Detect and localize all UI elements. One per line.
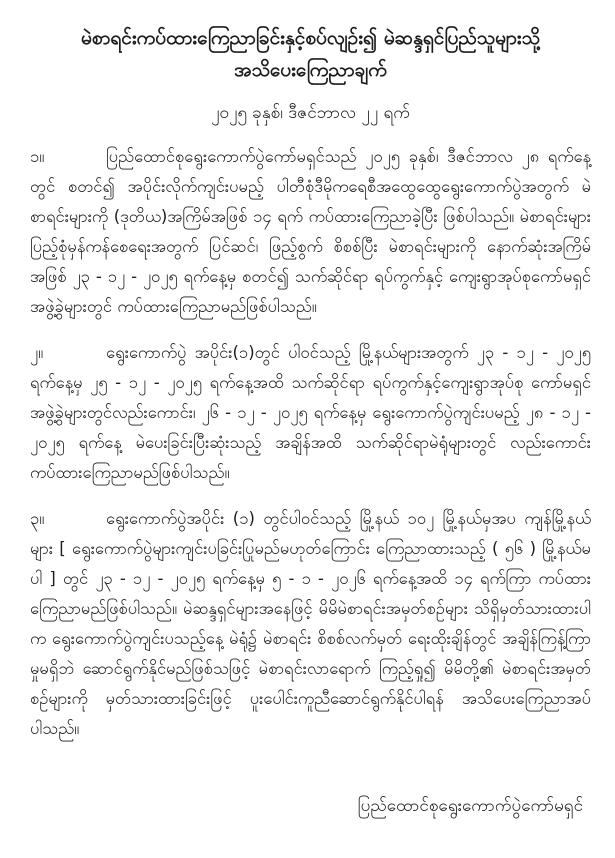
title-line-2: အသိပေးကြေညာချက် bbox=[30, 54, 591, 86]
document-title: မဲစာရင်းကပ်ထားကြေညာခြင်းနှင့်စပ်လျဉ်း၍ မ… bbox=[30, 22, 591, 86]
signature: ပြည်ထောင်စုရွေးကောက်ပွဲကော်မရှင် bbox=[30, 792, 591, 820]
paragraph-3-text: ရွေးကောက်ပွဲအပိုင်း (၁) တွင်ပါဝင်သည့် မြ… bbox=[30, 509, 591, 738]
paragraph-2-text: ရွေးကောက်ပွဲ အပိုင်း(၁)တွင် ပါဝင်သည့် မြ… bbox=[30, 343, 591, 482]
paragraph-1: ၁။ပြည်ထောင်စုရွေးကောက်ပွဲကော်မရှင်သည် ၂၀… bbox=[30, 142, 591, 322]
paragraph-2: ၂။ရွေးကောက်ပွဲ အပိုင်း(၁)တွင် ပါဝင်သည့် … bbox=[30, 338, 591, 488]
paragraph-1-number: ၁။ bbox=[30, 142, 106, 172]
title-line-1: မဲစာရင်းကပ်ထားကြေညာခြင်းနှင့်စပ်လျဉ်း၍ မ… bbox=[30, 22, 591, 54]
announcement-document: မဲစာရင်းကပ်ထားကြေညာခြင်းနှင့်စပ်လျဉ်း၍ မ… bbox=[0, 0, 615, 858]
paragraph-3: ၃။ရွေးကောက်ပွဲအပိုင်း (၁) တွင်ပါဝင်သည့် … bbox=[30, 504, 591, 744]
paragraph-2-number: ၂။ bbox=[30, 338, 106, 368]
paragraph-1-text: ပြည်ထောင်စုရွေးကောက်ပွဲကော်မရှင်သည် ၂၀၂၅… bbox=[30, 147, 591, 316]
document-date: ၂၀၂၅ ခုနှစ်၊ ဒီဇင်ဘာလ ၂၂ ရက် bbox=[30, 100, 591, 126]
paragraph-3-number: ၃။ bbox=[30, 504, 106, 534]
